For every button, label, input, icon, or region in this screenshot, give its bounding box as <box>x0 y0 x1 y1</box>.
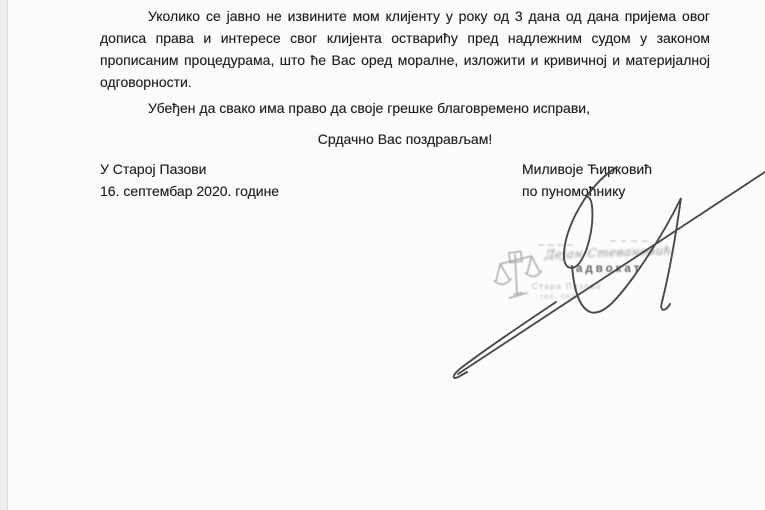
stamp-title-advokat: адвокат <box>576 263 642 275</box>
signature-row: У Старој Пазови 16. септембар 2020. годи… <box>100 158 710 218</box>
signer-name: Миливоје Ћирковић <box>522 158 652 180</box>
stamp-address-faint: Стара Пазова <box>532 282 602 291</box>
signature-wedge-stroke <box>454 302 556 378</box>
closing-salutation: Срдачно Вас поздрављам! <box>100 128 710 150</box>
stamp-faded-border <box>538 244 573 246</box>
signer-capacity: по пуномоћнику <box>522 180 652 202</box>
date-line: 16. септембар 2020. године <box>100 180 279 202</box>
stamp-faded-border <box>610 240 648 242</box>
scales-of-justice-icon <box>488 248 546 308</box>
paragraph-warning: Уколико се јавно не извините мом клијент… <box>100 5 710 93</box>
stamp-phone-faint: тел. 063… <box>540 292 585 301</box>
paragraph-conviction: Убеђен да свако има право да своје грешк… <box>100 97 710 119</box>
place-date-block: У Старој Пазови 16. септембар 2020. годи… <box>100 158 279 202</box>
letter-body: Уколико се јавно не извините мом клијент… <box>0 0 765 218</box>
place-line: У Старој Пазови <box>100 158 279 180</box>
scanned-letter-page: Уколико се јавно не извините мом клијент… <box>0 0 765 510</box>
stamp-name-illegible: Дејан Стевановић <box>544 244 655 262</box>
lawyer-stamp: Дејан Стевановић адвокат Стара Пазова те… <box>488 237 658 309</box>
signer-block: Миливоје Ћирковић по пуномоћнику <box>522 158 652 202</box>
